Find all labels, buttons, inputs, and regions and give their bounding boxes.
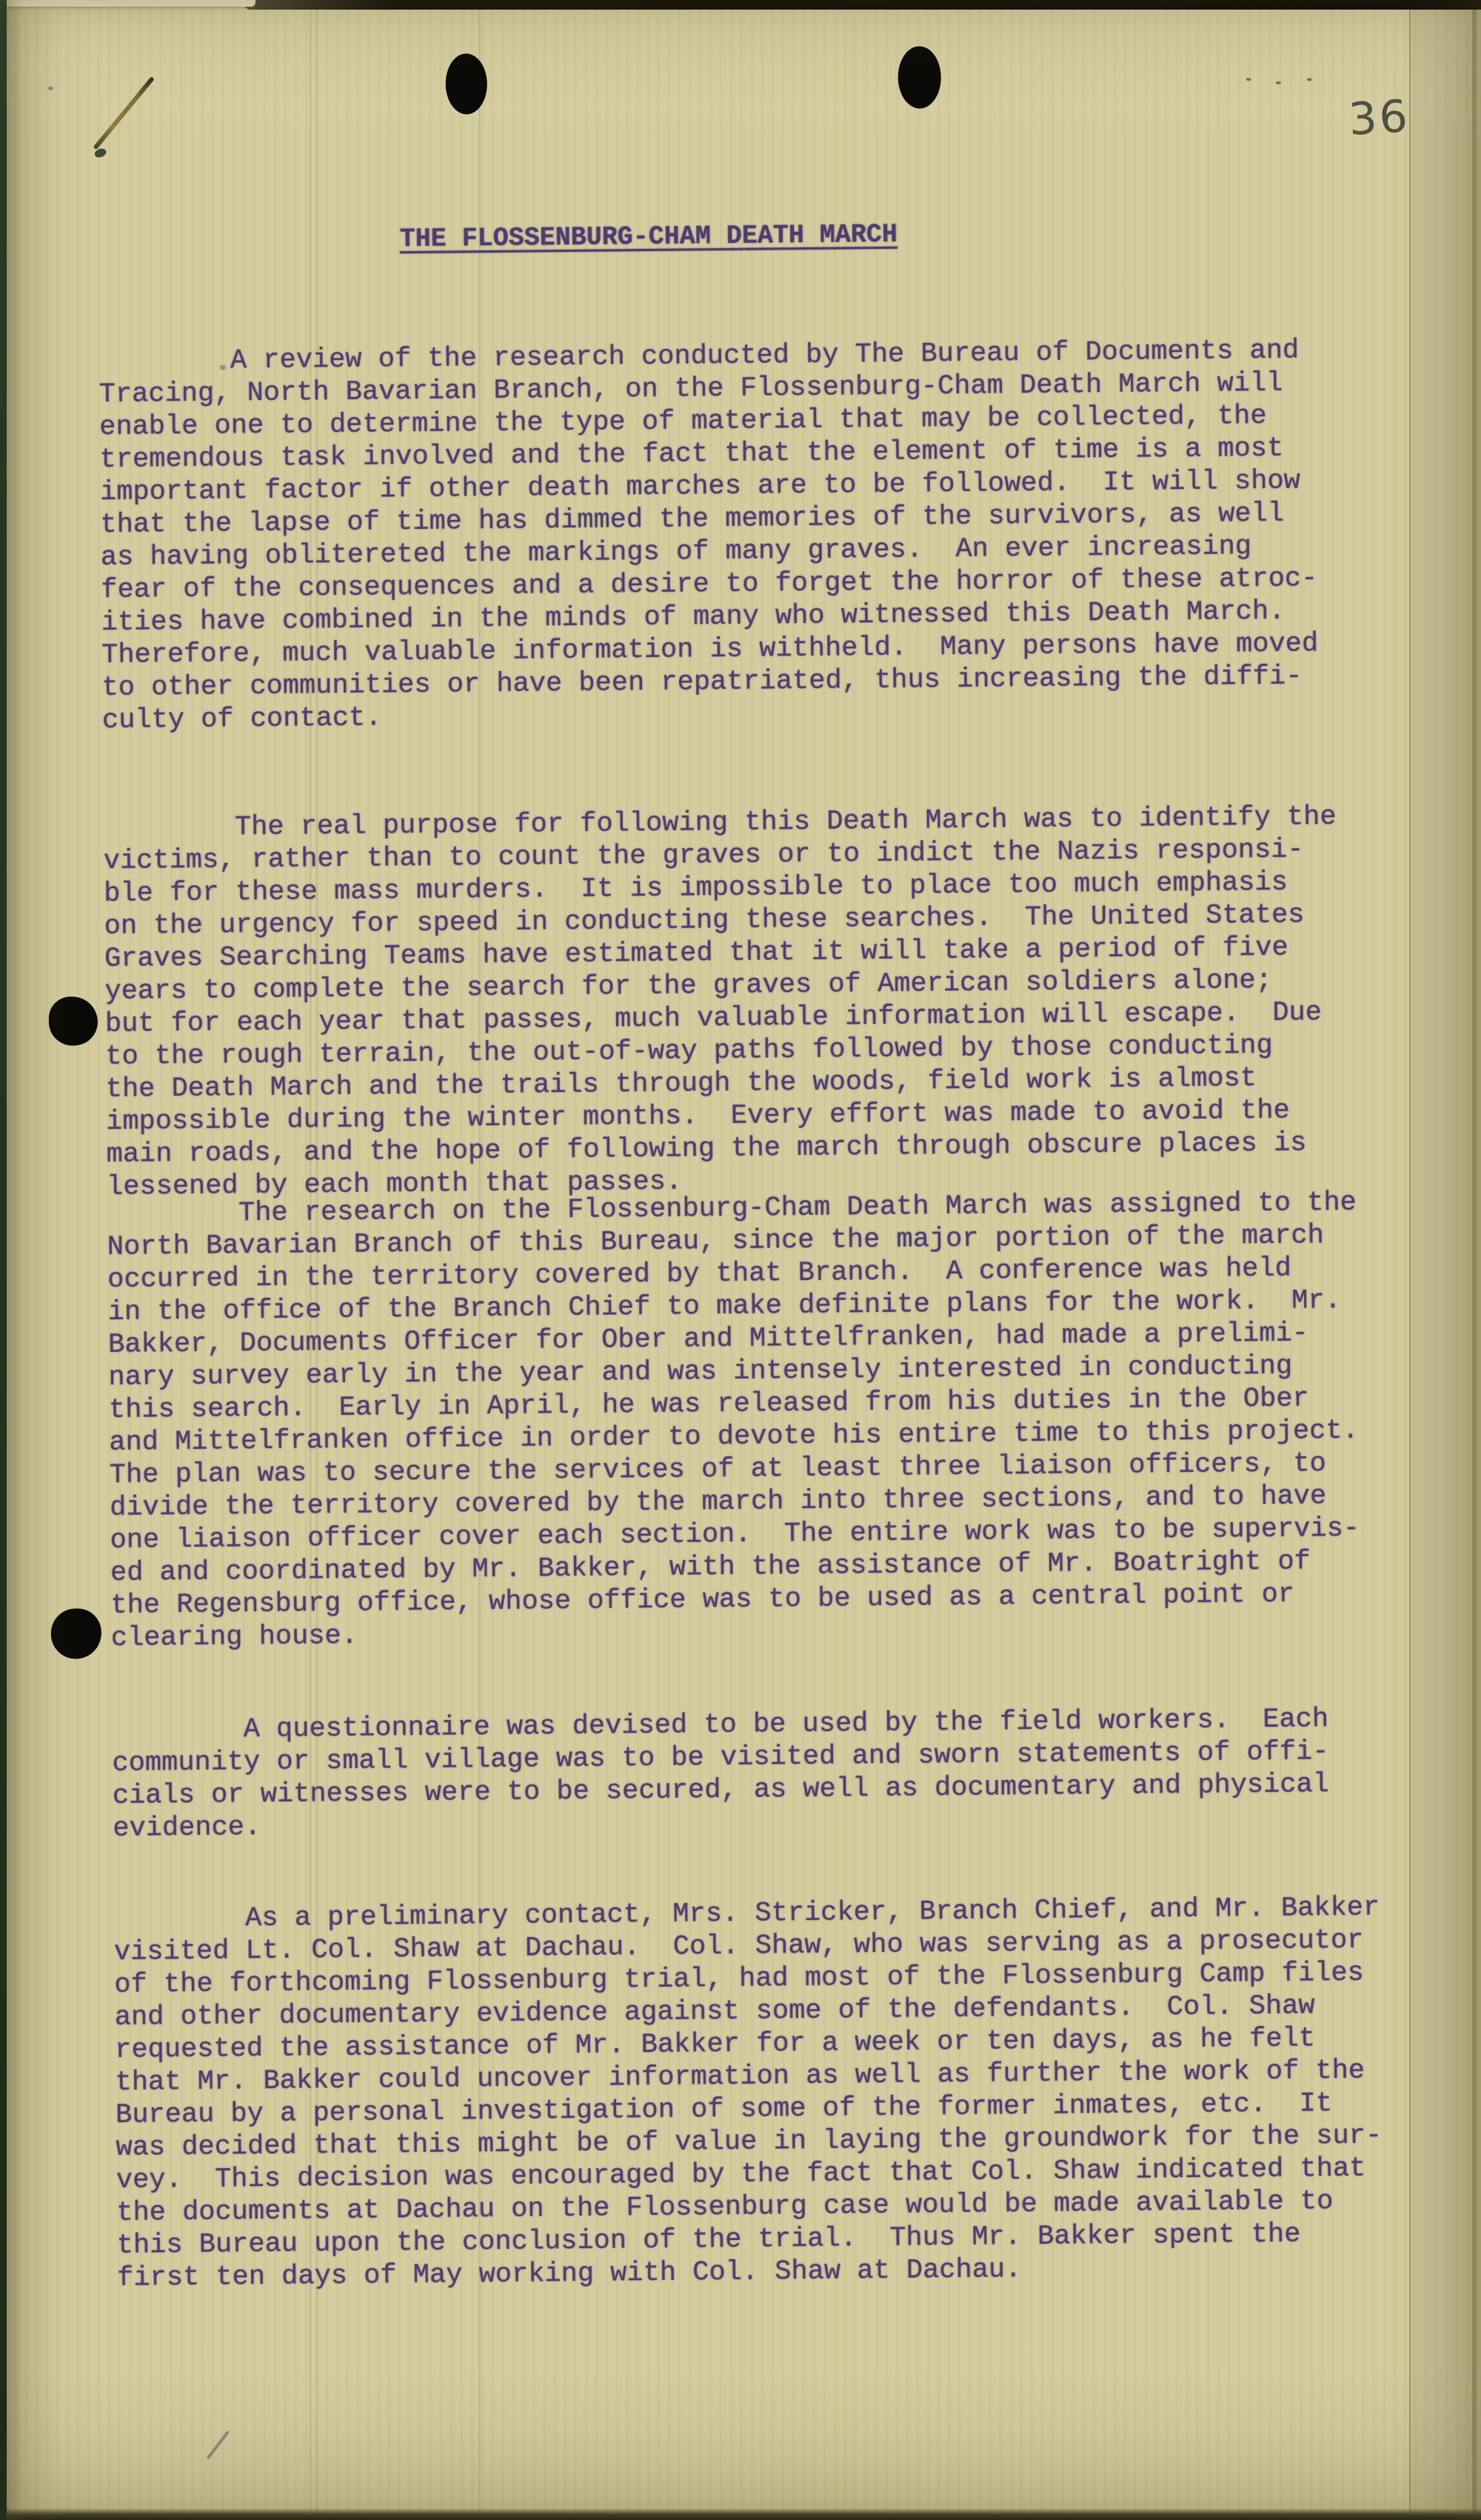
paper-left-shading <box>7 0 23 2520</box>
hole-punch-top-left <box>445 53 487 115</box>
paragraph-1: A review of the research conducted by Th… <box>98 333 1435 737</box>
hole-punch-left-upper <box>49 996 98 1046</box>
paragraph-4: A questionnaire was devised to be used b… <box>112 1702 1446 1845</box>
ink-speck <box>48 87 53 90</box>
scan-bottom-edge <box>0 2508 1481 2520</box>
pencil-slash-mark <box>93 76 154 150</box>
document-title: THE FLOSSENBURG-CHAM DEATH MARCH <box>400 220 897 254</box>
hole-punch-top-right <box>897 46 941 109</box>
pencil-dot <box>1307 78 1312 81</box>
paper-corner-curl <box>0 0 255 7</box>
paragraph-3: The research on the Flossenburg-Cham Dea… <box>107 1186 1444 1655</box>
pencil-dot <box>1276 81 1281 84</box>
paragraph-2: The real purpose for following this Deat… <box>103 800 1440 1204</box>
document-sheet: 36 THE FLOSSENBURG-CHAM DEATH MARCH A re… <box>0 0 1481 2520</box>
scan-top-edge <box>244 0 1481 10</box>
hole-punch-left-lower <box>51 1608 102 1659</box>
paragraph-5: As a preliminary contact, Mrs. Stricker,… <box>113 1891 1450 2295</box>
pencil-dot <box>1246 78 1251 81</box>
scanned-document-page: 36 THE FLOSSENBURG-CHAM DEATH MARCH A re… <box>0 0 1481 2520</box>
pencil-slash-mark-bottom <box>207 2430 230 2459</box>
scan-left-edge <box>0 0 7 2520</box>
handwritten-page-number: 36 <box>1348 94 1411 142</box>
